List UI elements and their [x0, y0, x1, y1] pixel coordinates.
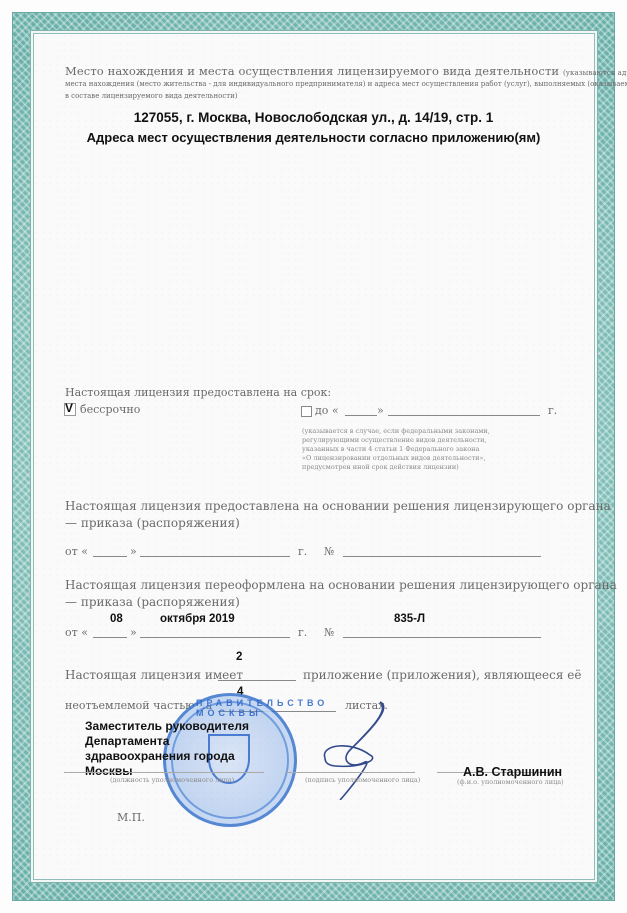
seal-place-label: М.П.: [117, 811, 145, 824]
appendix-count: 2: [236, 651, 242, 663]
location-note-line2: места нахождения (место жительства - для…: [65, 80, 627, 88]
handwritten-signature: [320, 700, 430, 800]
position-caption: (должность уполномоченного лица): [110, 776, 234, 784]
location-note-line3: в составе лицензируемого вида деятельнос…: [65, 92, 238, 100]
appendix-count-line: [218, 680, 296, 681]
grant-number-sign: №: [324, 545, 334, 558]
grant-line1: Настоящая лицензия предоставлена на осно…: [65, 499, 611, 513]
reissue-line1: Настоящая лицензия переоформлена на осно…: [65, 578, 617, 592]
term-note-1: (указывается в случае, если федеральными…: [302, 427, 490, 435]
until-prefix: до «: [315, 404, 339, 417]
grant-year-suffix: г.: [298, 545, 307, 558]
reissue-line2: — приказа (распоряжения): [65, 595, 240, 609]
grant-number-line: [343, 556, 541, 557]
term-note-5: предусмотрен иной срок действия лицензии…: [302, 463, 459, 471]
reissue-from-prefix: от «: [65, 626, 88, 639]
reissue-number-line: [343, 637, 541, 638]
address-text: 127055, г. Москва, Новослободская ул., д…: [0, 110, 627, 125]
position-line: [64, 772, 264, 773]
name-caption: (ф.и.о. уполномоченного лица): [457, 778, 564, 786]
term-note-2: регулирующими осуществление видов деятел…: [302, 436, 486, 444]
grant-line2: — приказа (распоряжения): [65, 516, 240, 530]
until-checkbox[interactable]: [301, 406, 312, 417]
term-label: Настоящая лицензия предоставлена на срок…: [65, 386, 331, 399]
reissue-month-year: октября 2019: [160, 613, 235, 625]
reissue-day: 08: [110, 613, 123, 625]
signature-caption: (подпись уполномоченного лица): [305, 776, 420, 784]
signature-line: [285, 772, 415, 773]
appendix-text-before: Настоящая лицензия имеет: [65, 668, 243, 682]
reissue-number-sign: №: [324, 626, 334, 639]
reissue-year-suffix: г.: [298, 626, 307, 639]
location-heading: Место нахождения и места осуществления л…: [65, 64, 627, 78]
check-mark-icon: V: [65, 401, 73, 415]
activity-places-text: Адреса мест осуществления деятельности с…: [0, 130, 627, 145]
grant-from-prefix: от «: [65, 545, 88, 558]
appendix-text-after: приложение (приложения), являющееся её: [303, 668, 581, 682]
reissue-date-line: [140, 637, 290, 638]
grant-quote-close: »: [130, 545, 137, 558]
grant-date-line: [140, 556, 290, 557]
reissue-number: 835-Л: [394, 613, 425, 625]
term-note-4: «О лицензировании отдельных видов деятел…: [302, 454, 486, 462]
seal-ring-text: ПРАВИТЕЛЬСТВО МОСКВЫ: [196, 698, 328, 718]
signatory-position: Заместитель руководителя Департамента зд…: [85, 719, 249, 779]
grant-day-line: [93, 556, 127, 557]
until-day-line: [345, 415, 377, 416]
reissue-quote-close: »: [130, 626, 137, 639]
indefinite-label: бессрочно: [80, 403, 140, 416]
signatory-name: А.В. Старшинин: [463, 765, 562, 779]
until-quote-close: »: [377, 404, 384, 417]
until-year-suffix: г.: [548, 404, 557, 417]
term-note-3: указанных в части 4 статьи 1 Федеральног…: [302, 445, 479, 453]
reissue-day-line: [93, 637, 127, 638]
until-date-line: [388, 415, 540, 416]
